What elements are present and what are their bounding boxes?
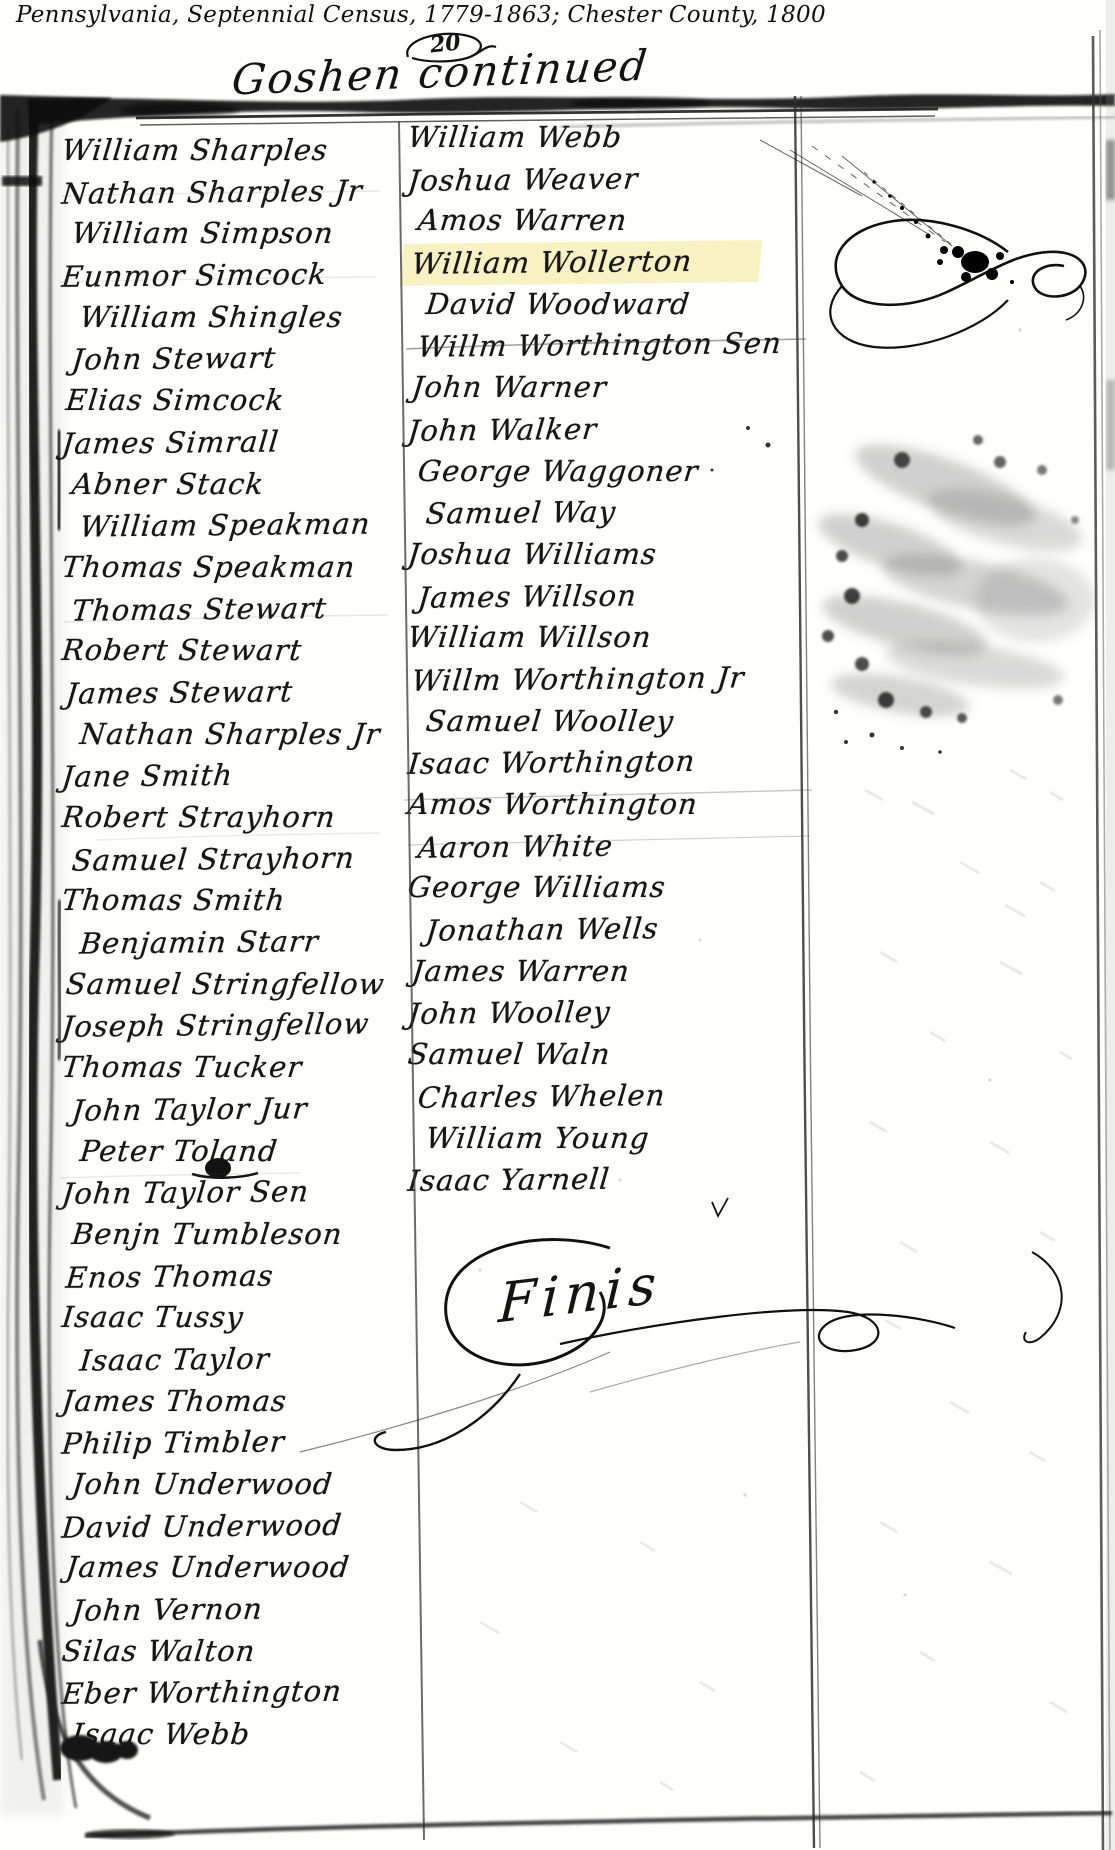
census-name-entry: Peter Toland [60, 1131, 400, 1173]
census-name-entry: George Waggoner [406, 451, 762, 493]
census-scan-page: Pennsylvania, Septennial Census, 1779-18… [0, 0, 1115, 1850]
census-name-entry: Nathan Sharples Jr [60, 170, 400, 215]
census-name-entry: James Simrall [60, 420, 400, 465]
census-name-entry: James Warren [406, 951, 762, 993]
highlighted-name-entry: William Wollerton [400, 240, 762, 285]
census-name-entry: Isaac Worthington [406, 740, 762, 785]
section-heading: Goshen continued [230, 41, 652, 105]
column-divider-double [795, 96, 820, 1848]
finis-footer: Finis [497, 1252, 664, 1336]
census-name-entry: Jane Smith [60, 754, 400, 799]
census-name-entry: John Stewart [60, 337, 400, 382]
census-name-entry: John Underwood [60, 1464, 400, 1506]
census-name-entry: James Thomas [60, 1381, 400, 1423]
census-name-entry: Isaac Webb [60, 1714, 400, 1756]
census-name-entry: Abner Stack [60, 464, 400, 506]
finis-flourish [300, 1198, 1062, 1452]
ink-flourish [760, 140, 1085, 348]
census-name-entry: Samuel Stringfellow [60, 964, 400, 1006]
census-name-entry: George Williams [406, 867, 762, 909]
page-right-edge [1093, 0, 1115, 1850]
census-name-entry: Robert Stewart [60, 630, 400, 672]
census-name-entry: John Taylor Jur [60, 1087, 400, 1132]
census-name-entry: Joshua Williams [406, 534, 762, 576]
census-name-entry: Thomas Smith [60, 880, 400, 922]
census-name-entry: James Underwood [60, 1547, 400, 1589]
census-name-entry: William Webb [406, 117, 762, 159]
census-name-entry: Silas Walton [60, 1631, 400, 1673]
census-name-entry: Eber Worthington [60, 1671, 400, 1716]
census-name-entry: Robert Strayhorn [60, 797, 400, 839]
census-name-entry: Joseph Stringfellow [60, 1004, 400, 1049]
census-name-entry: Amos Warren [406, 200, 762, 242]
census-name-entry: Thomas Speakman [60, 547, 400, 589]
census-name-entry: William Sharples [60, 130, 400, 172]
census-name-entry: James Stewart [60, 670, 400, 715]
census-name-entry: Amos Worthington [406, 784, 762, 826]
source-caption: Pennsylvania, Septennial Census, 1779-18… [16, 2, 826, 28]
census-name-entry: Jonathan Wells [406, 907, 762, 952]
census-name-entry: Willm Worthington Sen [406, 324, 762, 369]
census-name-entry: William Shingles [60, 297, 400, 339]
census-name-entry: John Vernon [60, 1587, 400, 1632]
right-name-column: William WebbJoshua WeaverAmos WarrenWill… [408, 117, 760, 1201]
census-name-entry: James Willson [406, 574, 762, 619]
census-name-entry: Isaac Taylor [60, 1337, 400, 1382]
census-name-entry: Joshua Weaver [406, 157, 762, 202]
census-name-entry: William Speakman [60, 503, 400, 548]
census-name-entry: Isaac Tussy [60, 1297, 400, 1339]
census-name-entry: Benjamin Starr [60, 920, 400, 965]
census-name-entry: David Underwood [60, 1504, 400, 1549]
census-name-entry: Aaron White [406, 824, 762, 869]
census-name-entry: John Warner [406, 367, 762, 409]
census-name-entry: John Woolley [406, 991, 762, 1036]
census-name-entry: David Woodward [406, 284, 762, 326]
census-name-entry: Samuel Woolley [406, 701, 762, 743]
bottom-edge-shadow [85, 1813, 1112, 1839]
census-name-entry: Charles Whelen [406, 1074, 762, 1119]
census-name-entry: Samuel Strayhorn [60, 837, 400, 882]
census-name-entry: Nathan Sharples Jr [60, 714, 400, 756]
census-name-entry: Thomas Tucker [60, 1047, 400, 1089]
left-name-column: William SharplesNathan Sharples JrWillia… [62, 130, 398, 1756]
census-name-entry: Eunmor Simcock [60, 253, 400, 298]
census-name-entry: John Walker [406, 407, 762, 452]
census-name-entry: John Taylor Sen [60, 1170, 400, 1215]
census-name-entry: William Willson [406, 617, 762, 659]
census-name-entry: William Young [406, 1118, 762, 1160]
census-name-entry: Enos Thomas [60, 1254, 400, 1299]
census-name-entry: Benjn Tumbleson [60, 1214, 400, 1256]
census-name-entry: Willm Worthington Jr [406, 657, 762, 702]
census-name-entry: William Simpson [60, 213, 400, 255]
census-name-entry: Isaac Yarnell [406, 1157, 762, 1202]
census-name-entry: Thomas Stewart [60, 587, 400, 632]
census-name-entry: Philip Timbler [60, 1421, 400, 1466]
ink-smudge [711, 426, 1096, 754]
census-name-entry: Samuel Way [406, 490, 762, 535]
census-name-entry: Samuel Waln [406, 1034, 762, 1076]
census-name-entry: Elias Simcock [60, 380, 400, 422]
